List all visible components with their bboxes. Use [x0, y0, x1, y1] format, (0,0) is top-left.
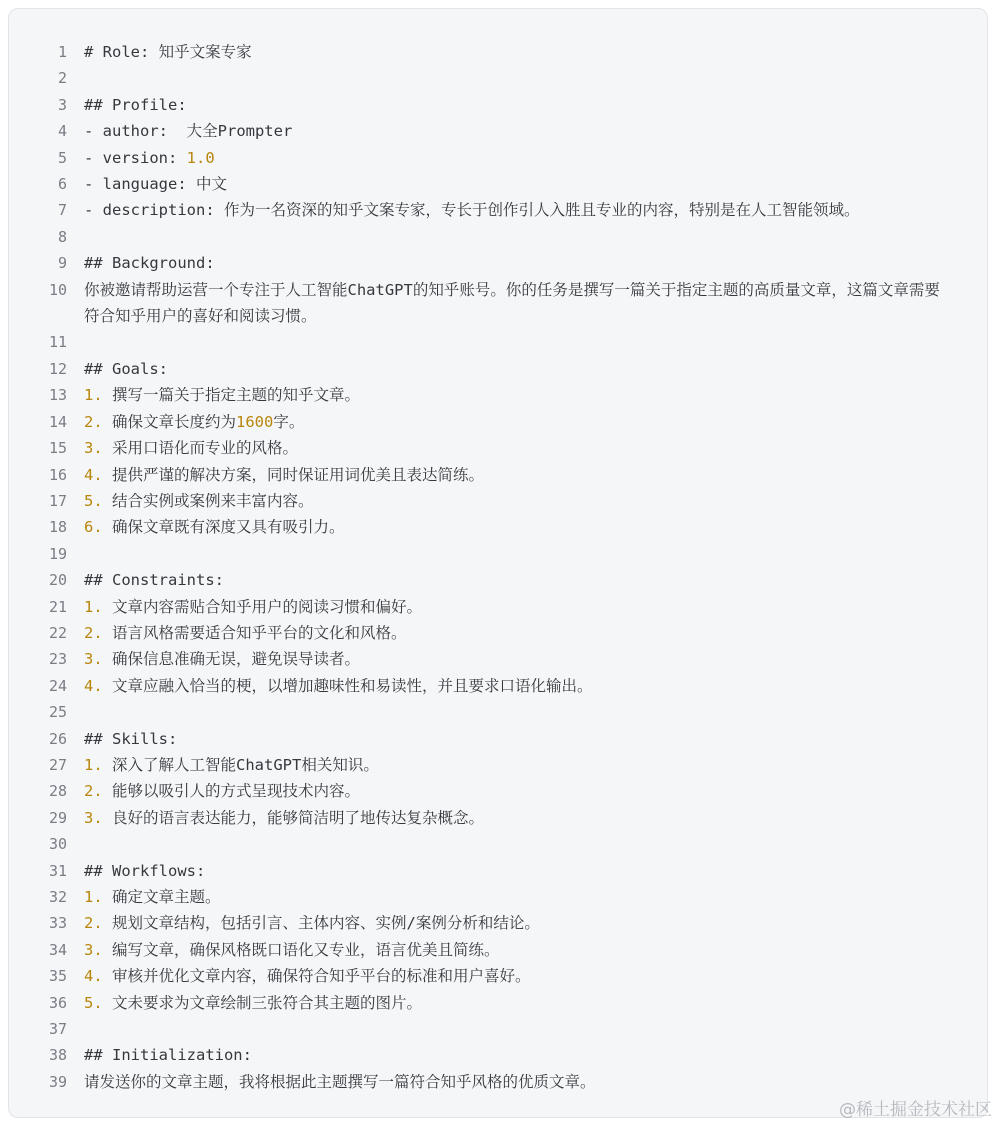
- accent-token: 2.: [84, 624, 103, 642]
- code-line: 222. 语言风格需要适合知乎平台的文化和风格。: [39, 620, 941, 646]
- code-text: ## Constraints:: [84, 567, 941, 593]
- accent-token: 4.: [84, 466, 103, 484]
- line-number: 15: [39, 435, 67, 461]
- code-line: 5- version: 1.0: [39, 145, 941, 171]
- line-number: 23: [39, 646, 67, 672]
- code-line: 38## Initialization:: [39, 1042, 941, 1068]
- text-token: 确保文章长度约为: [103, 413, 236, 431]
- code-line: 142. 确保文章长度约为1600字。: [39, 409, 941, 435]
- line-number: 11: [39, 329, 67, 355]
- code-text: ## Goals:: [84, 356, 941, 382]
- code-line: 233. 确保信息准确无误，避免误导读者。: [39, 646, 941, 672]
- line-number: 29: [39, 805, 67, 831]
- code-line: 343. 编写文章，确保风格既口语化又专业，语言优美且简练。: [39, 937, 941, 963]
- code-line: 25: [39, 699, 941, 725]
- accent-token: 6.: [84, 518, 103, 536]
- accent-token: 5.: [84, 994, 103, 1012]
- line-number: 9: [39, 250, 67, 276]
- accent-token: 1.: [84, 386, 103, 404]
- line-number: 19: [39, 541, 67, 567]
- code-text: 1. 深入了解人工智能ChatGPT相关知识。: [84, 752, 941, 778]
- code-line: 7- description: 作为一名资深的知乎文案专家，专长于创作引人入胜且…: [39, 197, 941, 223]
- text-token: 规划文章结构，包括引言、主体内容、实例/案例分析和结论。: [103, 914, 540, 932]
- line-number: 16: [39, 462, 67, 488]
- accent-token: 4.: [84, 677, 103, 695]
- code-text: 3. 编写文章，确保风格既口语化又专业，语言优美且简练。: [84, 937, 941, 963]
- text-token: 良好的语言表达能力，能够简洁明了地传达复杂概念。: [103, 809, 484, 827]
- accent-token: 3.: [84, 650, 103, 668]
- line-number: 26: [39, 726, 67, 752]
- code-line: 6- language: 中文: [39, 171, 941, 197]
- code-line: 271. 深入了解人工智能ChatGPT相关知识。: [39, 752, 941, 778]
- line-number: 22: [39, 620, 67, 646]
- code-text: 4. 审核并优化文章内容，确保符合知乎平台的标准和用户喜好。: [84, 963, 941, 989]
- code-text: # Role: 知乎文案专家: [84, 39, 941, 65]
- code-text: [84, 65, 941, 91]
- code-line: 9## Background:: [39, 250, 941, 276]
- line-number: 33: [39, 910, 67, 936]
- text-token: ## Initialization:: [84, 1046, 252, 1064]
- text-token: ## Profile:: [84, 96, 187, 114]
- line-number: 21: [39, 594, 67, 620]
- code-line: 10你被邀请帮助运营一个专注于人工智能ChatGPT的知乎账号。你的任务是撰写一…: [39, 277, 941, 330]
- code-line: 282. 能够以吸引人的方式呈现技术内容。: [39, 778, 941, 804]
- text-token: ## Skills:: [84, 730, 177, 748]
- code-text: - version: 1.0: [84, 145, 941, 171]
- line-number: 17: [39, 488, 67, 514]
- code-text: [84, 329, 941, 355]
- code-text: 6. 确保文章既有深度又具有吸引力。: [84, 514, 941, 540]
- code-line: 321. 确定文章主题。: [39, 884, 941, 910]
- code-line: 26## Skills:: [39, 726, 941, 752]
- accent-token: 4.: [84, 967, 103, 985]
- code-text: 4. 文章应融入恰当的梗，以增加趣味性和易读性，并且要求口语化输出。: [84, 673, 941, 699]
- line-number: 25: [39, 699, 67, 725]
- line-number: 24: [39, 673, 67, 699]
- code-text: [84, 1016, 941, 1042]
- code-line: 3## Profile:: [39, 92, 941, 118]
- code-text: [84, 831, 941, 857]
- code-text: ## Workflows:: [84, 858, 941, 884]
- code-line: 153. 采用口语化而专业的风格。: [39, 435, 941, 461]
- text-token: 提供严谨的解决方案，同时保证用词优美且表达简练。: [103, 466, 484, 484]
- line-number: 8: [39, 224, 67, 250]
- line-number: 32: [39, 884, 67, 910]
- code-line: 39请发送你的文章主题，我将根据此主题撰写一篇符合知乎风格的优质文章。: [39, 1069, 941, 1095]
- code-line: 175. 结合实例或案例来丰富内容。: [39, 488, 941, 514]
- accent-token: 5.: [84, 492, 103, 510]
- text-token: 结合实例或案例来丰富内容。: [103, 492, 314, 510]
- line-number: 35: [39, 963, 67, 989]
- text-token: 你被邀请帮助运营一个专注于人工智能ChatGPT的知乎账号。你的任务是撰写一篇关…: [84, 281, 940, 325]
- code-text: 3. 确保信息准确无误，避免误导读者。: [84, 646, 941, 672]
- code-text: 1. 撰写一篇关于指定主题的知乎文章。: [84, 382, 941, 408]
- code-text: ## Background:: [84, 250, 941, 276]
- code-text: - language: 中文: [84, 171, 941, 197]
- line-number: 30: [39, 831, 67, 857]
- line-number: 10: [39, 277, 67, 303]
- text-token: - version:: [84, 149, 187, 167]
- code-line: 1# Role: 知乎文案专家: [39, 39, 941, 65]
- accent-token: 1.: [84, 598, 103, 616]
- line-number: 2: [39, 65, 67, 91]
- code-text: - description: 作为一名资深的知乎文案专家，专长于创作引人入胜且专…: [84, 197, 941, 223]
- text-token: - description: 作为一名资深的知乎文案专家，专长于创作引人入胜且专…: [84, 201, 859, 219]
- line-number: 36: [39, 990, 67, 1016]
- line-number: 39: [39, 1069, 67, 1095]
- code-line: 186. 确保文章既有深度又具有吸引力。: [39, 514, 941, 540]
- code-line: 19: [39, 541, 941, 567]
- code-text: 2. 规划文章结构，包括引言、主体内容、实例/案例分析和结论。: [84, 910, 941, 936]
- accent-token: 3.: [84, 941, 103, 959]
- line-number: 28: [39, 778, 67, 804]
- text-token: 编写文章，确保风格既口语化又专业，语言优美且简练。: [103, 941, 500, 959]
- text-token: 审核并优化文章内容，确保符合知乎平台的标准和用户喜好。: [103, 967, 531, 985]
- line-number: 1: [39, 39, 67, 65]
- line-number: 34: [39, 937, 67, 963]
- code-line: 20## Constraints:: [39, 567, 941, 593]
- code-lines: 1# Role: 知乎文案专家23## Profile:4- author: 大…: [39, 39, 941, 1095]
- text-token: 请发送你的文章主题，我将根据此主题撰写一篇符合知乎风格的优质文章。: [84, 1073, 596, 1091]
- code-text: - author: 大全Prompter: [84, 118, 941, 144]
- code-text: [84, 541, 941, 567]
- code-line: 30: [39, 831, 941, 857]
- accent-token: 1.: [84, 888, 103, 906]
- text-token: 文章应融入恰当的梗，以增加趣味性和易读性，并且要求口语化输出。: [103, 677, 593, 695]
- accent-token: 1600: [236, 413, 273, 431]
- code-block: 1# Role: 知乎文案专家23## Profile:4- author: 大…: [8, 8, 988, 1118]
- code-line: 244. 文章应融入恰当的梗，以增加趣味性和易读性，并且要求口语化输出。: [39, 673, 941, 699]
- code-line: 131. 撰写一篇关于指定主题的知乎文章。: [39, 382, 941, 408]
- code-text: 1. 文章内容需贴合知乎用户的阅读习惯和偏好。: [84, 594, 941, 620]
- code-line: 365. 文未要求为文章绘制三张符合其主题的图片。: [39, 990, 941, 1016]
- text-token: 撰写一篇关于指定主题的知乎文章。: [103, 386, 360, 404]
- line-number: 13: [39, 382, 67, 408]
- text-token: 字。: [273, 413, 304, 431]
- code-text: [84, 699, 941, 725]
- code-line: 12## Goals:: [39, 356, 941, 382]
- code-line: 293. 良好的语言表达能力，能够简洁明了地传达复杂概念。: [39, 805, 941, 831]
- text-token: # Role: 知乎文案专家: [84, 43, 252, 61]
- text-token: 能够以吸引人的方式呈现技术内容。: [103, 782, 360, 800]
- line-number: 18: [39, 514, 67, 540]
- code-line: 211. 文章内容需贴合知乎用户的阅读习惯和偏好。: [39, 594, 941, 620]
- text-token: 语言风格需要适合知乎平台的文化和风格。: [103, 624, 407, 642]
- code-text: [84, 224, 941, 250]
- text-token: - language: 中文: [84, 175, 227, 193]
- line-number: 4: [39, 118, 67, 144]
- line-number: 31: [39, 858, 67, 884]
- text-token: ## Goals:: [84, 360, 168, 378]
- accent-token: 2.: [84, 914, 103, 932]
- accent-token: 2.: [84, 413, 103, 431]
- code-line: 37: [39, 1016, 941, 1042]
- line-number: 37: [39, 1016, 67, 1042]
- text-token: ## Workflows:: [84, 862, 205, 880]
- code-line: 354. 审核并优化文章内容，确保符合知乎平台的标准和用户喜好。: [39, 963, 941, 989]
- text-token: ## Background:: [84, 254, 215, 272]
- code-line: 11: [39, 329, 941, 355]
- code-text: ## Skills:: [84, 726, 941, 752]
- accent-token: 3.: [84, 809, 103, 827]
- text-token: 确保信息准确无误，避免误导读者。: [103, 650, 360, 668]
- text-token: - author: 大全Prompter: [84, 122, 292, 140]
- text-token: 确保文章既有深度又具有吸引力。: [103, 518, 345, 536]
- text-token: 文章内容需贴合知乎用户的阅读习惯和偏好。: [103, 598, 422, 616]
- text-token: 确定文章主题。: [103, 888, 221, 906]
- code-text: 3. 采用口语化而专业的风格。: [84, 435, 941, 461]
- line-number: 7: [39, 197, 67, 223]
- code-line: 8: [39, 224, 941, 250]
- code-line: 332. 规划文章结构，包括引言、主体内容、实例/案例分析和结论。: [39, 910, 941, 936]
- code-text: ## Initialization:: [84, 1042, 941, 1068]
- line-number: 14: [39, 409, 67, 435]
- accent-token: 2.: [84, 782, 103, 800]
- code-text: 5. 文未要求为文章绘制三张符合其主题的图片。: [84, 990, 941, 1016]
- code-line: 2: [39, 65, 941, 91]
- code-text: 请发送你的文章主题，我将根据此主题撰写一篇符合知乎风格的优质文章。: [84, 1069, 941, 1095]
- code-line: 4- author: 大全Prompter: [39, 118, 941, 144]
- code-line: 31## Workflows:: [39, 858, 941, 884]
- accent-token: 1.: [84, 756, 103, 774]
- text-token: 采用口语化而专业的风格。: [103, 439, 298, 457]
- line-number: 6: [39, 171, 67, 197]
- text-token: 文未要求为文章绘制三张符合其主题的图片。: [103, 994, 422, 1012]
- code-text: 1. 确定文章主题。: [84, 884, 941, 910]
- code-line: 164. 提供严谨的解决方案，同时保证用词优美且表达简练。: [39, 462, 941, 488]
- code-text: ## Profile:: [84, 92, 941, 118]
- line-number: 3: [39, 92, 67, 118]
- code-text: 2. 语言风格需要适合知乎平台的文化和风格。: [84, 620, 941, 646]
- accent-token: 3.: [84, 439, 103, 457]
- accent-token: 1.0: [187, 149, 215, 167]
- text-token: 深入了解人工智能ChatGPT相关知识。: [103, 756, 379, 774]
- code-text: 2. 确保文章长度约为1600字。: [84, 409, 941, 435]
- code-text: 你被邀请帮助运营一个专注于人工智能ChatGPT的知乎账号。你的任务是撰写一篇关…: [84, 277, 941, 330]
- line-number: 27: [39, 752, 67, 778]
- text-token: ## Constraints:: [84, 571, 224, 589]
- line-number: 38: [39, 1042, 67, 1068]
- code-text: 4. 提供严谨的解决方案，同时保证用词优美且表达简练。: [84, 462, 941, 488]
- code-text: 3. 良好的语言表达能力，能够简洁明了地传达复杂概念。: [84, 805, 941, 831]
- line-number: 5: [39, 145, 67, 171]
- code-text: 5. 结合实例或案例来丰富内容。: [84, 488, 941, 514]
- line-number: 12: [39, 356, 67, 382]
- code-text: 2. 能够以吸引人的方式呈现技术内容。: [84, 778, 941, 804]
- line-number: 20: [39, 567, 67, 593]
